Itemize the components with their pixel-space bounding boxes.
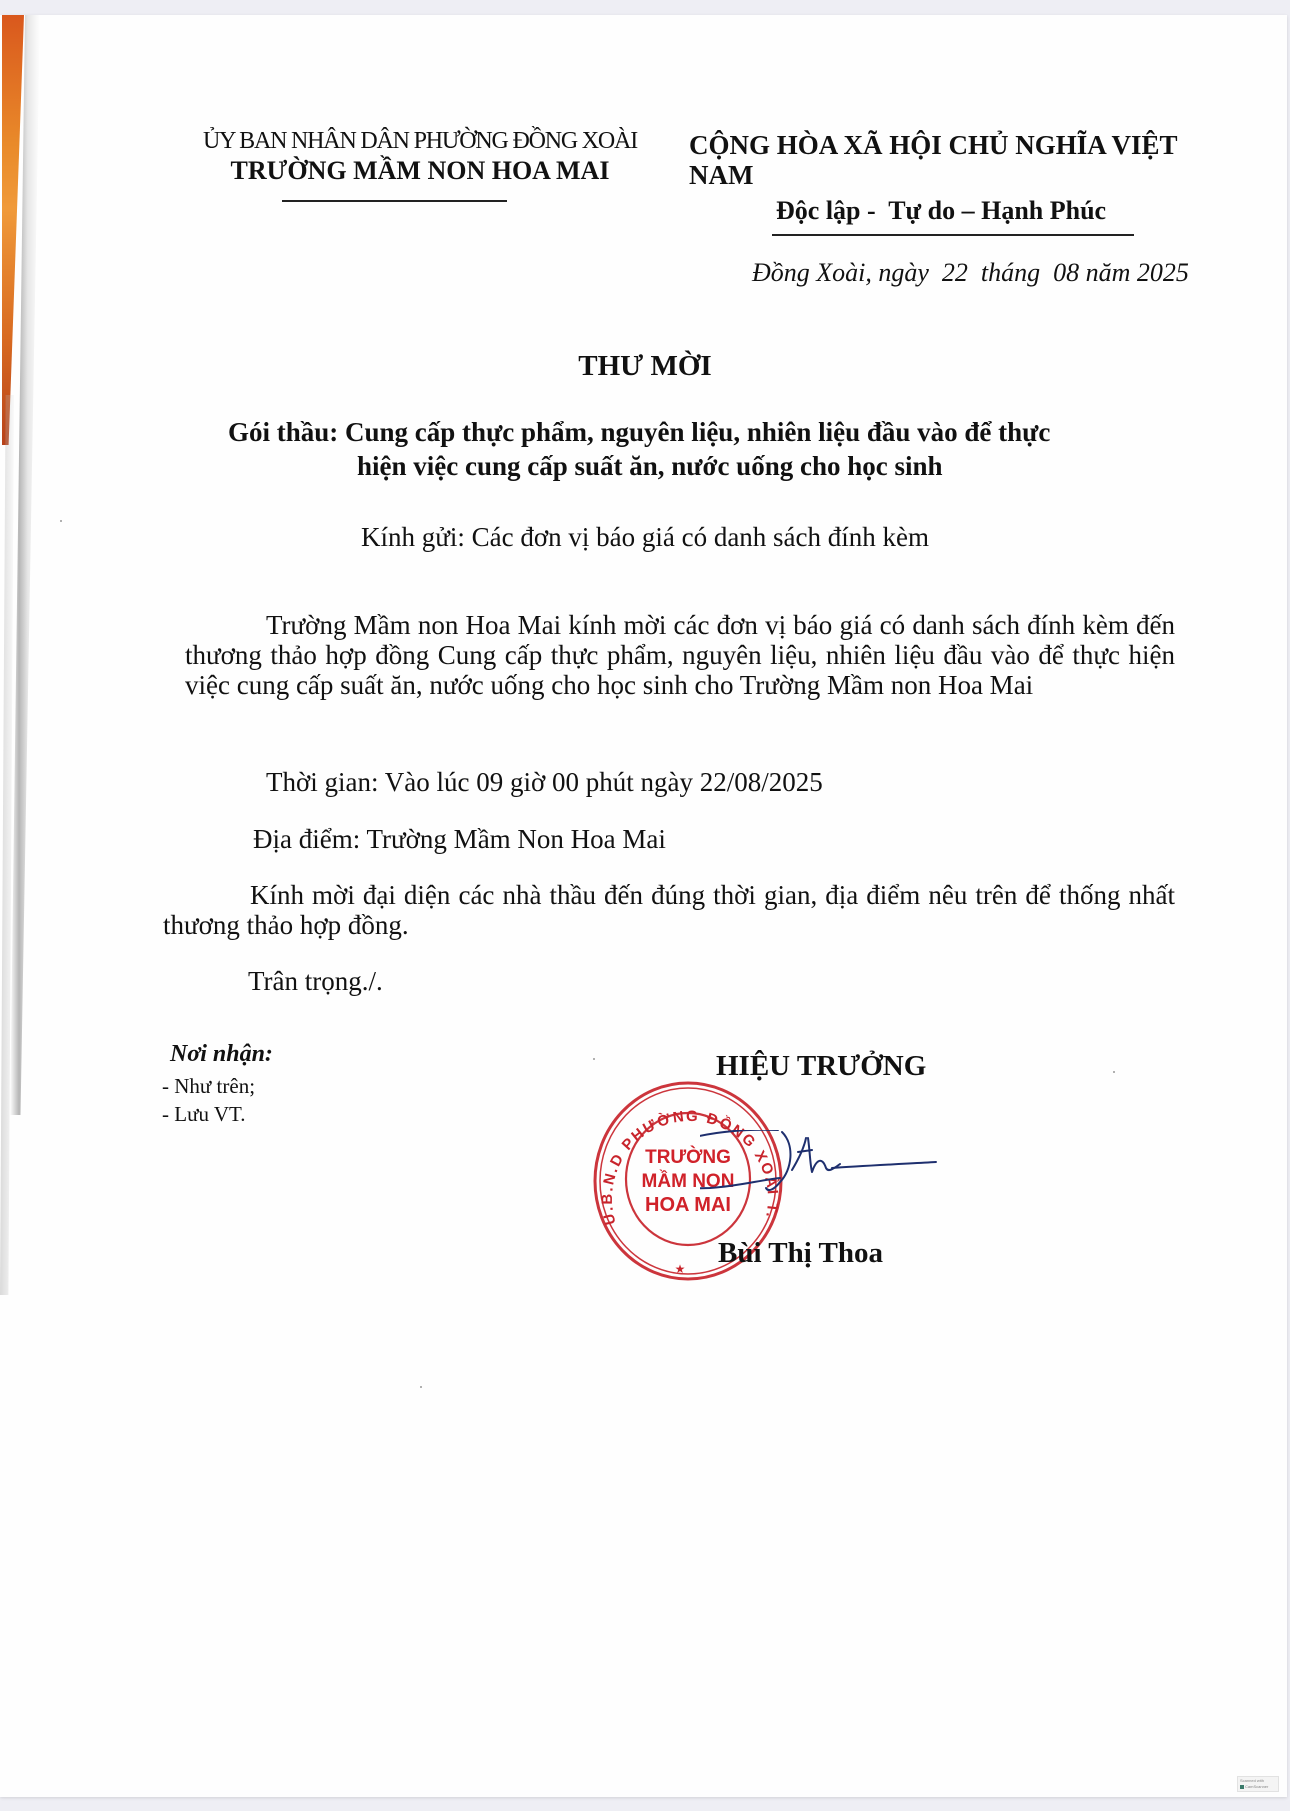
meeting-place: Địa điểm: Trường Mầm Non Hoa Mai (253, 824, 666, 854)
subject-line1: Cung cấp thực phẩm, nguyên liệu, nhiên l… (345, 417, 1050, 447)
star-icon: ★ (675, 1262, 686, 1276)
subject-label: Gói thầu: (228, 417, 338, 447)
subject: Gói thầu: Cung cấp thực phẩm, nguyên liệ… (228, 415, 1188, 483)
closing-regards: Trân trọng./. (248, 966, 383, 996)
scan-speck (1113, 1071, 1115, 1073)
date-line: Đồng Xoài, ngày 22 tháng 08 năm 2025 (752, 258, 1189, 288)
signatory-name: Bùi Thị Thoa (718, 1237, 883, 1270)
recipients-heading: Nơi nhận: (170, 1041, 273, 1068)
header-left: ỦY BAN NHÂN DÂN PHƯỜNG ĐỒNG XOÀI TRƯỜNG … (160, 126, 680, 186)
scan-speck (420, 1386, 422, 1388)
meeting-time: Thời gian: Vào lúc 09 giờ 00 phút ngày 2… (266, 767, 823, 797)
national-motto: Độc lập - Tự do – Hạnh Phúc (776, 196, 1106, 226)
nation-name-line1: CỘNG HÒA XÃ HỘI CHỦ NGHĨA VIỆT (689, 130, 1229, 160)
scanner-watermark-line2: CamScanner (1245, 1784, 1268, 1789)
scan-speck (60, 520, 62, 522)
camscanner-logo-icon (1240, 1785, 1244, 1789)
motto-underline (772, 234, 1134, 236)
scanner-watermark: Scanned with CamScanner (1237, 1776, 1279, 1792)
handwritten-signature (700, 1130, 940, 1220)
recipient-item: - Lưu VT. (162, 1102, 246, 1127)
subject-line2: hiện việc cung cấp suất ăn, nước uống ch… (228, 449, 1188, 483)
scan-speck (593, 1058, 595, 1060)
authority-name: ỦY BAN NHÂN DÂN PHƯỜNG ĐỒNG XOÀI (160, 126, 680, 156)
recipient-line: Kính gửi: Các đơn vị báo giá có danh sác… (0, 522, 1290, 553)
body-paragraph-2: Kính mời đại diện các nhà thầu đến đúng … (163, 880, 1175, 940)
header-right: CỘNG HÒA XÃ HỘI CHỦ NGHĨA VIỆT NAM (689, 130, 1229, 190)
body-paragraph-1: Trường Mầm non Hoa Mai kính mời các đơn … (185, 610, 1175, 700)
document-title: THƯ MỜI (0, 350, 1290, 383)
organization-name: TRƯỜNG MẦM NON HOA MAI (160, 156, 680, 186)
nation-name-line2: NAM (689, 160, 1229, 190)
recipient-item: - Như trên; (162, 1074, 255, 1099)
header-left-underline (282, 200, 507, 202)
